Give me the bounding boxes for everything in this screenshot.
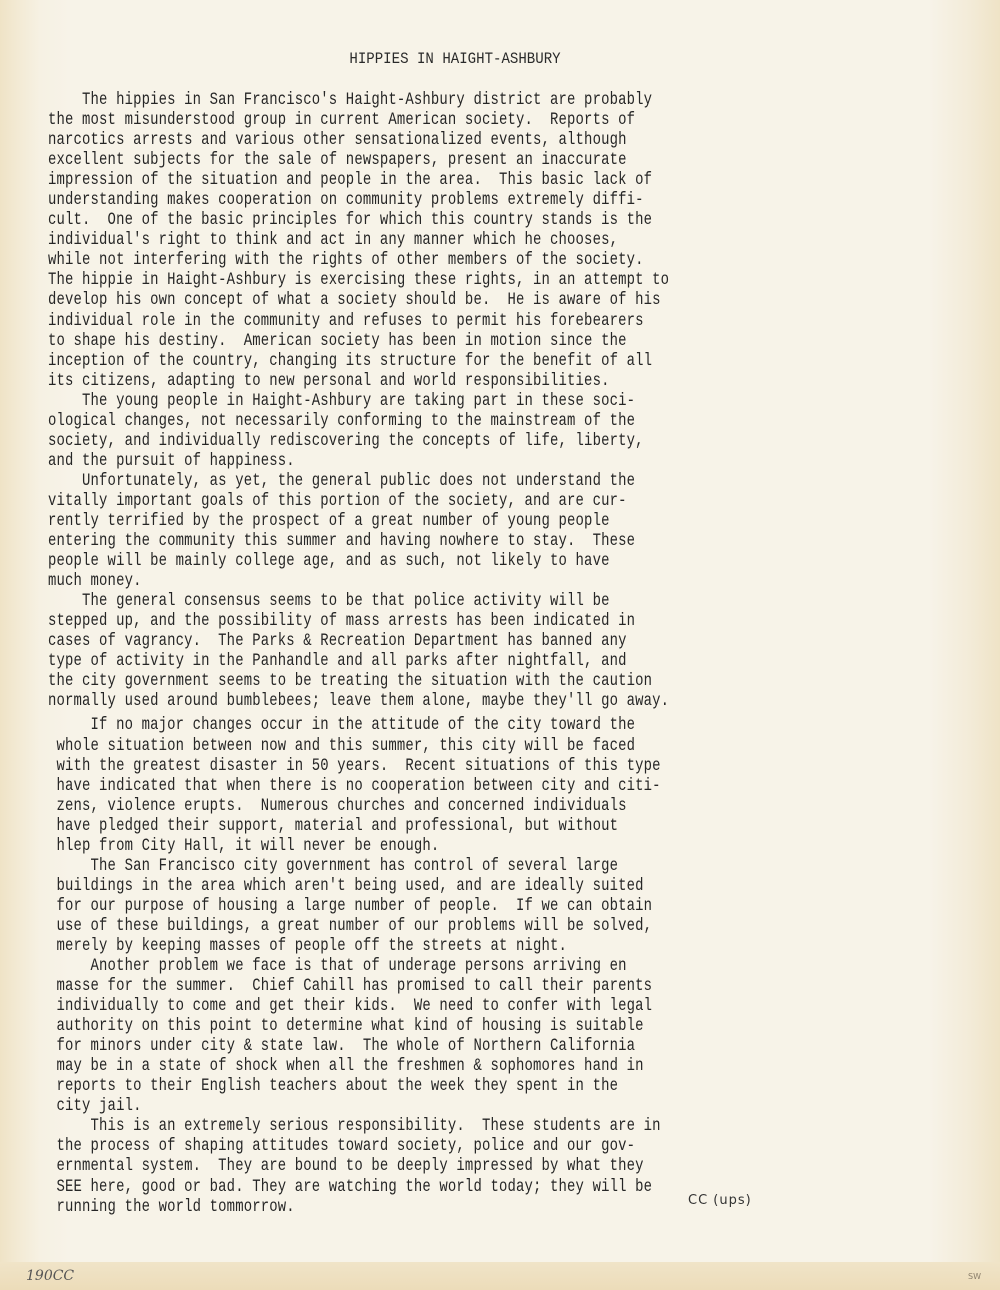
text-line: city jail.	[48, 1097, 752, 1117]
text-line: Another problem we face is that of under…	[48, 957, 752, 977]
text-line: while not interfering with the rights of…	[48, 251, 752, 271]
text-line: reports to their English teachers about …	[48, 1077, 752, 1097]
text-line: zens, violence erupts. Numerous churches…	[48, 797, 752, 817]
text-line: individual role in the community and ref…	[48, 312, 752, 332]
text-line: The general consensus seems to be that p…	[48, 592, 752, 612]
text-line: with the greatest disaster in 50 years. …	[48, 757, 752, 777]
archive-note-right: SW	[968, 1272, 981, 1281]
text-line: hlep from City Hall, it will never be en…	[48, 837, 752, 857]
text-line: develop his own concept of what a societ…	[48, 291, 752, 311]
text-line: inception of the country, changing its s…	[48, 352, 752, 372]
text-line: the most misunderstood group in current …	[48, 111, 752, 131]
text-line: The young people in Haight-Ashbury are t…	[48, 392, 752, 412]
text-line: use of these buildings, a great number o…	[48, 917, 752, 937]
document-title: HIPPIES IN HAIGHT-ASHBURY	[55, 50, 856, 68]
text-line: have indicated that when there is no coo…	[48, 777, 752, 797]
text-line: to shape his destiny. American society h…	[48, 332, 752, 352]
text-line: stepped up, and the possibility of mass …	[48, 612, 752, 632]
document-page: HIPPIES IN HAIGHT-ASHBURY The hippies in…	[0, 0, 1000, 1290]
text-line: type of activity in the Panhandle and al…	[48, 652, 752, 672]
text-line: understanding makes cooperation on commu…	[48, 191, 752, 211]
text-line: This is an extremely serious responsibil…	[48, 1117, 752, 1137]
page-bottom-edge	[0, 1262, 1000, 1290]
archive-note-left: 190CC	[26, 1268, 74, 1284]
text-line: individual's right to think and act in a…	[48, 231, 752, 251]
text-line: the process of shaping attitudes toward …	[48, 1137, 752, 1157]
text-line: for minors under city & state law. The w…	[48, 1037, 752, 1057]
text-line: society, and individually rediscovering …	[48, 432, 752, 452]
text-line: If no major changes occur in the attitud…	[48, 716, 752, 736]
text-line: excellent subjects for the sale of newsp…	[48, 151, 752, 171]
text-line: have pledged their support, material and…	[48, 817, 752, 837]
text-line: normally used around bumblebees; leave t…	[48, 692, 752, 712]
text-line: for our purpose of housing a large numbe…	[48, 897, 752, 917]
text-line: the city government seems to be treating…	[48, 672, 752, 692]
text-line: ological changes, not necessarily confor…	[48, 412, 752, 432]
text-line: The San Francisco city government has co…	[48, 857, 752, 877]
text-line: entering the community this summer and h…	[48, 532, 752, 552]
text-line: individually to come and get their kids.…	[48, 997, 752, 1017]
text-line: impression of the situation and people i…	[48, 171, 752, 191]
text-line: running the world tommorrow.	[48, 1198, 752, 1218]
text-line: cult. One of the basic principles for wh…	[48, 211, 752, 231]
text-line: its citizens, adapting to new personal a…	[48, 372, 752, 392]
text-line: merely by keeping masses of people off t…	[48, 937, 752, 957]
text-line: and the pursuit of happiness.	[48, 452, 752, 472]
text-line: much money.	[48, 572, 752, 592]
text-line: narcotics arrests and various other sens…	[48, 131, 752, 151]
text-line: The hippie in Haight-Ashbury is exercisi…	[48, 271, 752, 291]
text-line: rently terrified by the prospect of a gr…	[48, 512, 752, 532]
document-body: The hippies in San Francisco's Haight-As…	[48, 91, 928, 1218]
text-line: may be in a state of shock when all the …	[48, 1057, 752, 1077]
text-line: masse for the summer. Chief Cahill has p…	[48, 977, 752, 997]
text-line: The hippies in San Francisco's Haight-As…	[48, 91, 752, 111]
text-line: whole situation between now and this sum…	[48, 737, 752, 757]
text-line: authority on this point to determine wha…	[48, 1017, 752, 1037]
text-line: people will be mainly college age, and a…	[48, 552, 752, 572]
handwritten-initials: CC (ups)	[688, 1193, 752, 1208]
text-line: cases of vagrancy. The Parks & Recreatio…	[48, 632, 752, 652]
text-line: buildings in the area which aren't being…	[48, 877, 752, 897]
text-line: ernmental system. They are bound to be d…	[48, 1157, 752, 1177]
text-line: Unfortunately, as yet, the general publi…	[48, 472, 752, 492]
text-line: vitally important goals of this portion …	[48, 492, 752, 512]
text-line: SEE here, good or bad. They are watching…	[48, 1178, 752, 1198]
